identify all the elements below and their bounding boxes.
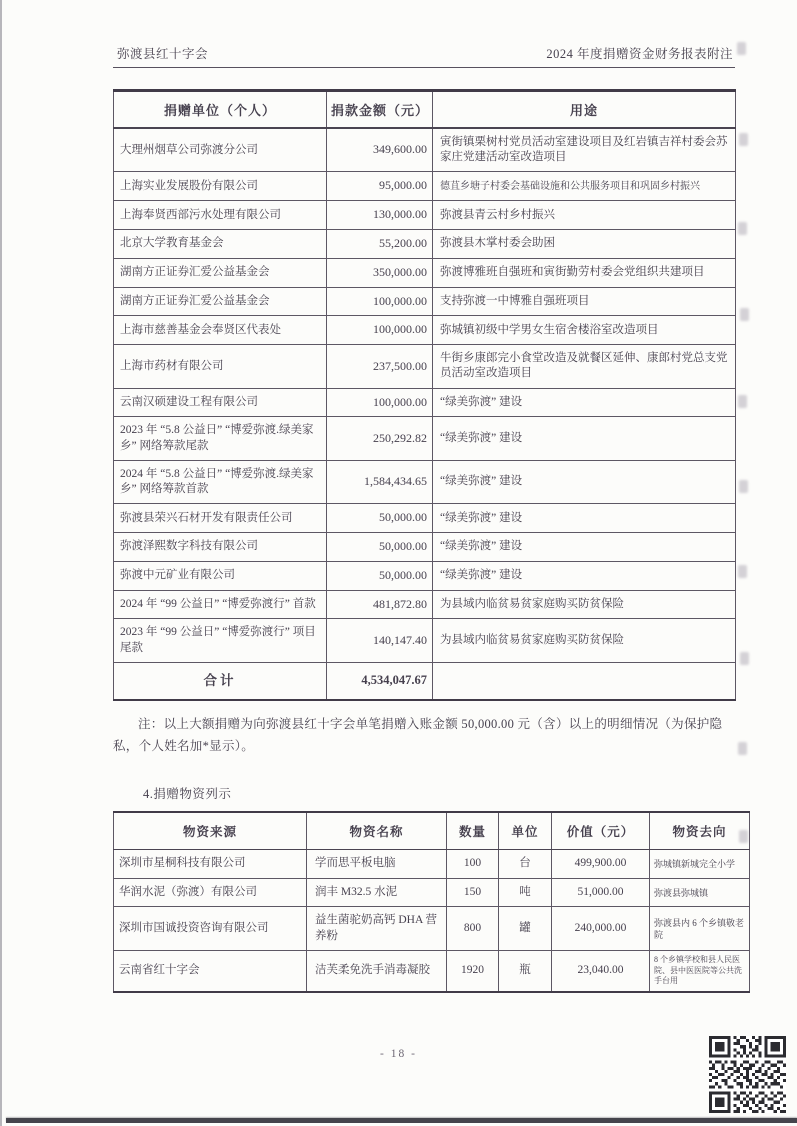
table-row: 弥渡中元矿业有限公司 50,000.00 “绿美弥渡” 建设 [114,561,736,590]
materials-table-header-row: 物资来源 物资名称 数量 单位 价值（元） 物资去向 [114,812,750,850]
source-cell: 深圳市国诚投资咨询有限公司 [114,907,307,951]
total-amount: 4,534,047.67 [327,662,433,699]
donor-cell: 弥渡泽熙数字科技有限公司 [114,533,327,562]
amount-cell: 350,000.00 [327,258,433,287]
donor-cell: 弥渡县荣兴石材开发有限责任公司 [114,504,327,533]
donor-cell: 湖南方正证券汇爱公益基金会 [114,258,327,287]
org-name: 弥渡县红十字会 [117,44,208,62]
purpose-cell: “绿美弥渡” 建设 [433,533,736,562]
table-row: 2023 年 “5.8 公益日” “博爱弥渡.绿美家乡” 网络筹款尾款 250,… [114,417,736,460]
name-cell: 学而思平板电脑 [307,850,447,879]
col-header-amount: 捐款金额（元） [327,91,433,129]
page-number: - 18 - [0,1048,797,1060]
purpose-cell: 为县域内临贫易贫家庭购买防贫保险 [433,619,736,662]
total-row: 合计 4,534,047.67 [114,662,736,699]
donation-table: 捐赠单位（个人） 捐款金额（元） 用途 大理州烟草公司弥渡分公司 349,600… [113,89,736,701]
source-cell: 云南省红十字会 [114,951,307,992]
source-cell: 华润水泥（弥渡）有限公司 [114,878,307,907]
amount-cell: 349,600.00 [327,128,433,172]
table-row: 上海市药材有限公司 237,500.00 牛街乡康郎完小食堂改造及就餐区延伸、康… [114,345,736,388]
dest-cell: 弥渡县弥城镇 [650,878,750,907]
table-row: 2023 年 “99 公益日” “博爱弥渡行” 项目尾款 140,147.40 … [114,619,736,662]
table-row: 华润水泥（弥渡）有限公司 润丰 M32.5 水泥 150 吨 51,000.00… [114,878,750,907]
table-row: 弥渡县荣兴石材开发有限责任公司 50,000.00 “绿美弥渡” 建设 [114,504,736,533]
scan-bleed-artifact [739,133,748,146]
footnote: 注：以上大额捐赠为向弥渡县红十字会单笔捐赠入账金额 50,000.00 元（含）… [113,714,735,758]
purpose-cell: 为县域内临贫易贫家庭购买防贫保险 [433,590,736,619]
qty-cell: 100 [447,850,499,879]
donor-cell: 上海市慈善基金会奉贤区代表处 [114,316,327,345]
purpose-cell: 寅街镇栗树村党员活动室建设项目及红岩镇吉祥村委会苏家庄党建活动室改造项目 [433,128,736,172]
donor-cell: 湖南方正证券汇爱公益基金会 [114,287,327,316]
unit-cell: 台 [499,850,552,879]
table-row: 弥渡泽熙数字科技有限公司 50,000.00 “绿美弥渡” 建设 [114,533,736,562]
amount-cell: 50,000.00 [327,533,433,562]
name-cell: 洁芙柔免洗手消毒凝胶 [307,951,447,992]
value-cell: 23,040.00 [552,951,650,992]
scanned-document-page: 弥渡县红十字会 2024 年度捐赠资金财务报表附注 捐赠单位（个人） 捐款金额（… [0,0,797,1126]
value-cell: 51,000.00 [552,878,650,907]
scan-bleed-artifact [738,395,747,408]
table-row: 上海奉贤西部污水处理有限公司 130,000.00 弥渡县青云村乡村振兴 [114,201,736,230]
amount-cell: 481,872.80 [327,590,433,619]
amount-cell: 100,000.00 [327,388,433,417]
value-cell: 240,000.00 [552,907,650,951]
value-cell: 499,900.00 [552,850,650,879]
donor-cell: 2023 年 “5.8 公益日” “博爱弥渡.绿美家乡” 网络筹款尾款 [114,417,327,460]
table-row: 上海实业发展股份有限公司 95,000.00 德苴乡塘子村委会基础设施和公共服务… [114,172,736,201]
table-row: 大理州烟草公司弥渡分公司 349,600.00 寅街镇栗树村党员活动室建设项目及… [114,128,736,172]
qty-cell: 1920 [447,951,499,992]
col-header-value: 价值（元） [552,812,650,850]
name-cell: 益生菌驼奶高钙 DHA 营养粉 [307,907,447,951]
scan-bleed-artifact [737,42,746,55]
col-header-name: 物资名称 [307,812,447,850]
qty-cell: 150 [447,878,499,907]
table-row: 湖南方正证券汇爱公益基金会 350,000.00 弥渡博雅班自强班和寅街勤劳村委… [114,258,736,287]
total-label: 合计 [114,662,327,699]
table-row: 湖南方正证券汇爱公益基金会 100,000.00 支持弥渡一中博雅自强班项目 [114,287,736,316]
purpose-cell: “绿美弥渡” 建设 [433,504,736,533]
donor-cell: 上海实业发展股份有限公司 [114,172,327,201]
amount-cell: 237,500.00 [327,345,433,388]
purpose-cell: 弥渡县青云村乡村振兴 [433,201,736,230]
purpose-cell: “绿美弥渡” 建设 [433,388,736,417]
purpose-cell: 支持弥渡一中博雅自强班项目 [433,287,736,316]
scan-bleed-artifact [738,222,747,235]
donor-cell: 2024 年 “5.8 公益日” “博爱弥渡.绿美家乡” 网络筹款首款 [114,460,327,503]
scan-page-bottom-edge [6,1118,797,1123]
table-row: 北京大学教育基金会 55,200.00 弥渡县木掌村委会助困 [114,230,736,259]
amount-cell: 140,147.40 [327,619,433,662]
purpose-cell: “绿美弥渡” 建设 [433,561,736,590]
dest-cell: 弥渡县内 6 个乡镇敬老院 [650,907,750,951]
purpose-cell: 弥城镇初级中学男女生宿舍楼浴室改造项目 [433,316,736,345]
unit-cell: 瓶 [499,951,552,992]
col-header-qty: 数量 [447,812,499,850]
qr-code-icon [709,1036,786,1113]
purpose-cell: “绿美弥渡” 建设 [433,417,736,460]
donor-cell: 2023 年 “99 公益日” “博爱弥渡行” 项目尾款 [114,619,327,662]
table-row: 2024 年 “99 公益日” “博爱弥渡行” 首款 481,872.80 为县… [114,590,736,619]
amount-cell: 55,200.00 [327,230,433,259]
scan-bleed-artifact [738,742,747,755]
donor-cell: 云南汉硕建设工程有限公司 [114,388,327,417]
amount-cell: 1,584,434.65 [327,460,433,503]
table-row: 上海市慈善基金会奉贤区代表处 100,000.00 弥城镇初级中学男女生宿舍楼浴… [114,316,736,345]
header-rule [113,67,735,68]
donor-cell: 弥渡中元矿业有限公司 [114,561,327,590]
table-row: 云南汉硕建设工程有限公司 100,000.00 “绿美弥渡” 建设 [114,388,736,417]
col-header-purpose: 用途 [433,91,736,129]
table-row: 云南省红十字会 洁芙柔免洗手消毒凝胶 1920 瓶 23,040.00 8 个乡… [114,951,750,992]
source-cell: 深圳市星桐科技有限公司 [114,850,307,879]
amount-cell: 95,000.00 [327,172,433,201]
scan-bleed-artifact [740,652,749,665]
unit-cell: 吨 [499,878,552,907]
donor-cell: 大理州烟草公司弥渡分公司 [114,128,327,172]
table-row: 深圳市星桐科技有限公司 学而思平板电脑 100 台 499,900.00 弥城镇… [114,850,750,879]
amount-cell: 50,000.00 [327,504,433,533]
total-empty-cell [433,662,736,699]
purpose-cell: 弥渡县木掌村委会助困 [433,230,736,259]
scan-bleed-artifact [740,308,749,321]
amount-cell: 100,000.00 [327,287,433,316]
donor-cell: 2024 年 “99 公益日” “博爱弥渡行” 首款 [114,590,327,619]
name-cell: 润丰 M32.5 水泥 [307,878,447,907]
purpose-cell: “绿美弥渡” 建设 [433,460,736,503]
page-content: 弥渡县红十字会 2024 年度捐赠资金财务报表附注 捐赠单位（个人） 捐款金额（… [113,44,735,993]
scan-bleed-artifact [738,565,747,578]
purpose-cell: 弥渡博雅班自强班和寅街勤劳村委会党组织共建项目 [433,258,736,287]
col-header-source: 物资来源 [114,812,307,850]
amount-cell: 130,000.00 [327,201,433,230]
col-header-dest: 物资去向 [650,812,750,850]
table-row: 2024 年 “5.8 公益日” “博爱弥渡.绿美家乡” 网络筹款首款 1,58… [114,460,736,503]
dest-cell: 8 个乡镇学校和县人民医院、县中医医院等公共洗手台用 [650,951,750,992]
col-header-donor: 捐赠单位（个人） [114,91,327,129]
donation-table-header-row: 捐赠单位（个人） 捐款金额（元） 用途 [114,91,736,129]
dest-cell: 弥城镇新城完全小学 [650,850,750,879]
amount-cell: 100,000.00 [327,316,433,345]
unit-cell: 罐 [499,907,552,951]
qty-cell: 800 [447,907,499,951]
scan-page-edge [0,0,2,1126]
col-header-unit: 单位 [499,812,552,850]
scan-bleed-artifact [739,480,748,493]
document-title: 2024 年度捐赠资金财务报表附注 [546,44,733,62]
materials-table: 物资来源 物资名称 数量 单位 价值（元） 物资去向 深圳市星桐科技有限公司 学… [113,811,750,992]
section-title: 4.捐赠物资列示 [143,784,735,802]
amount-cell: 50,000.00 [327,561,433,590]
table-row: 深圳市国诚投资咨询有限公司 益生菌驼奶高钙 DHA 营养粉 800 罐 240,… [114,907,750,951]
purpose-cell: 德苴乡塘子村委会基础设施和公共服务项目和巩固乡村振兴 [433,172,736,201]
scan-bleed-artifact [739,830,748,843]
donor-cell: 上海市药材有限公司 [114,345,327,388]
donor-cell: 上海奉贤西部污水处理有限公司 [114,201,327,230]
donor-cell: 北京大学教育基金会 [114,230,327,259]
document-header: 弥渡县红十字会 2024 年度捐赠资金财务报表附注 [113,44,735,67]
amount-cell: 250,292.82 [327,417,433,460]
purpose-cell: 牛街乡康郎完小食堂改造及就餐区延伸、康郎村党总支党员活动室改造项目 [433,345,736,388]
